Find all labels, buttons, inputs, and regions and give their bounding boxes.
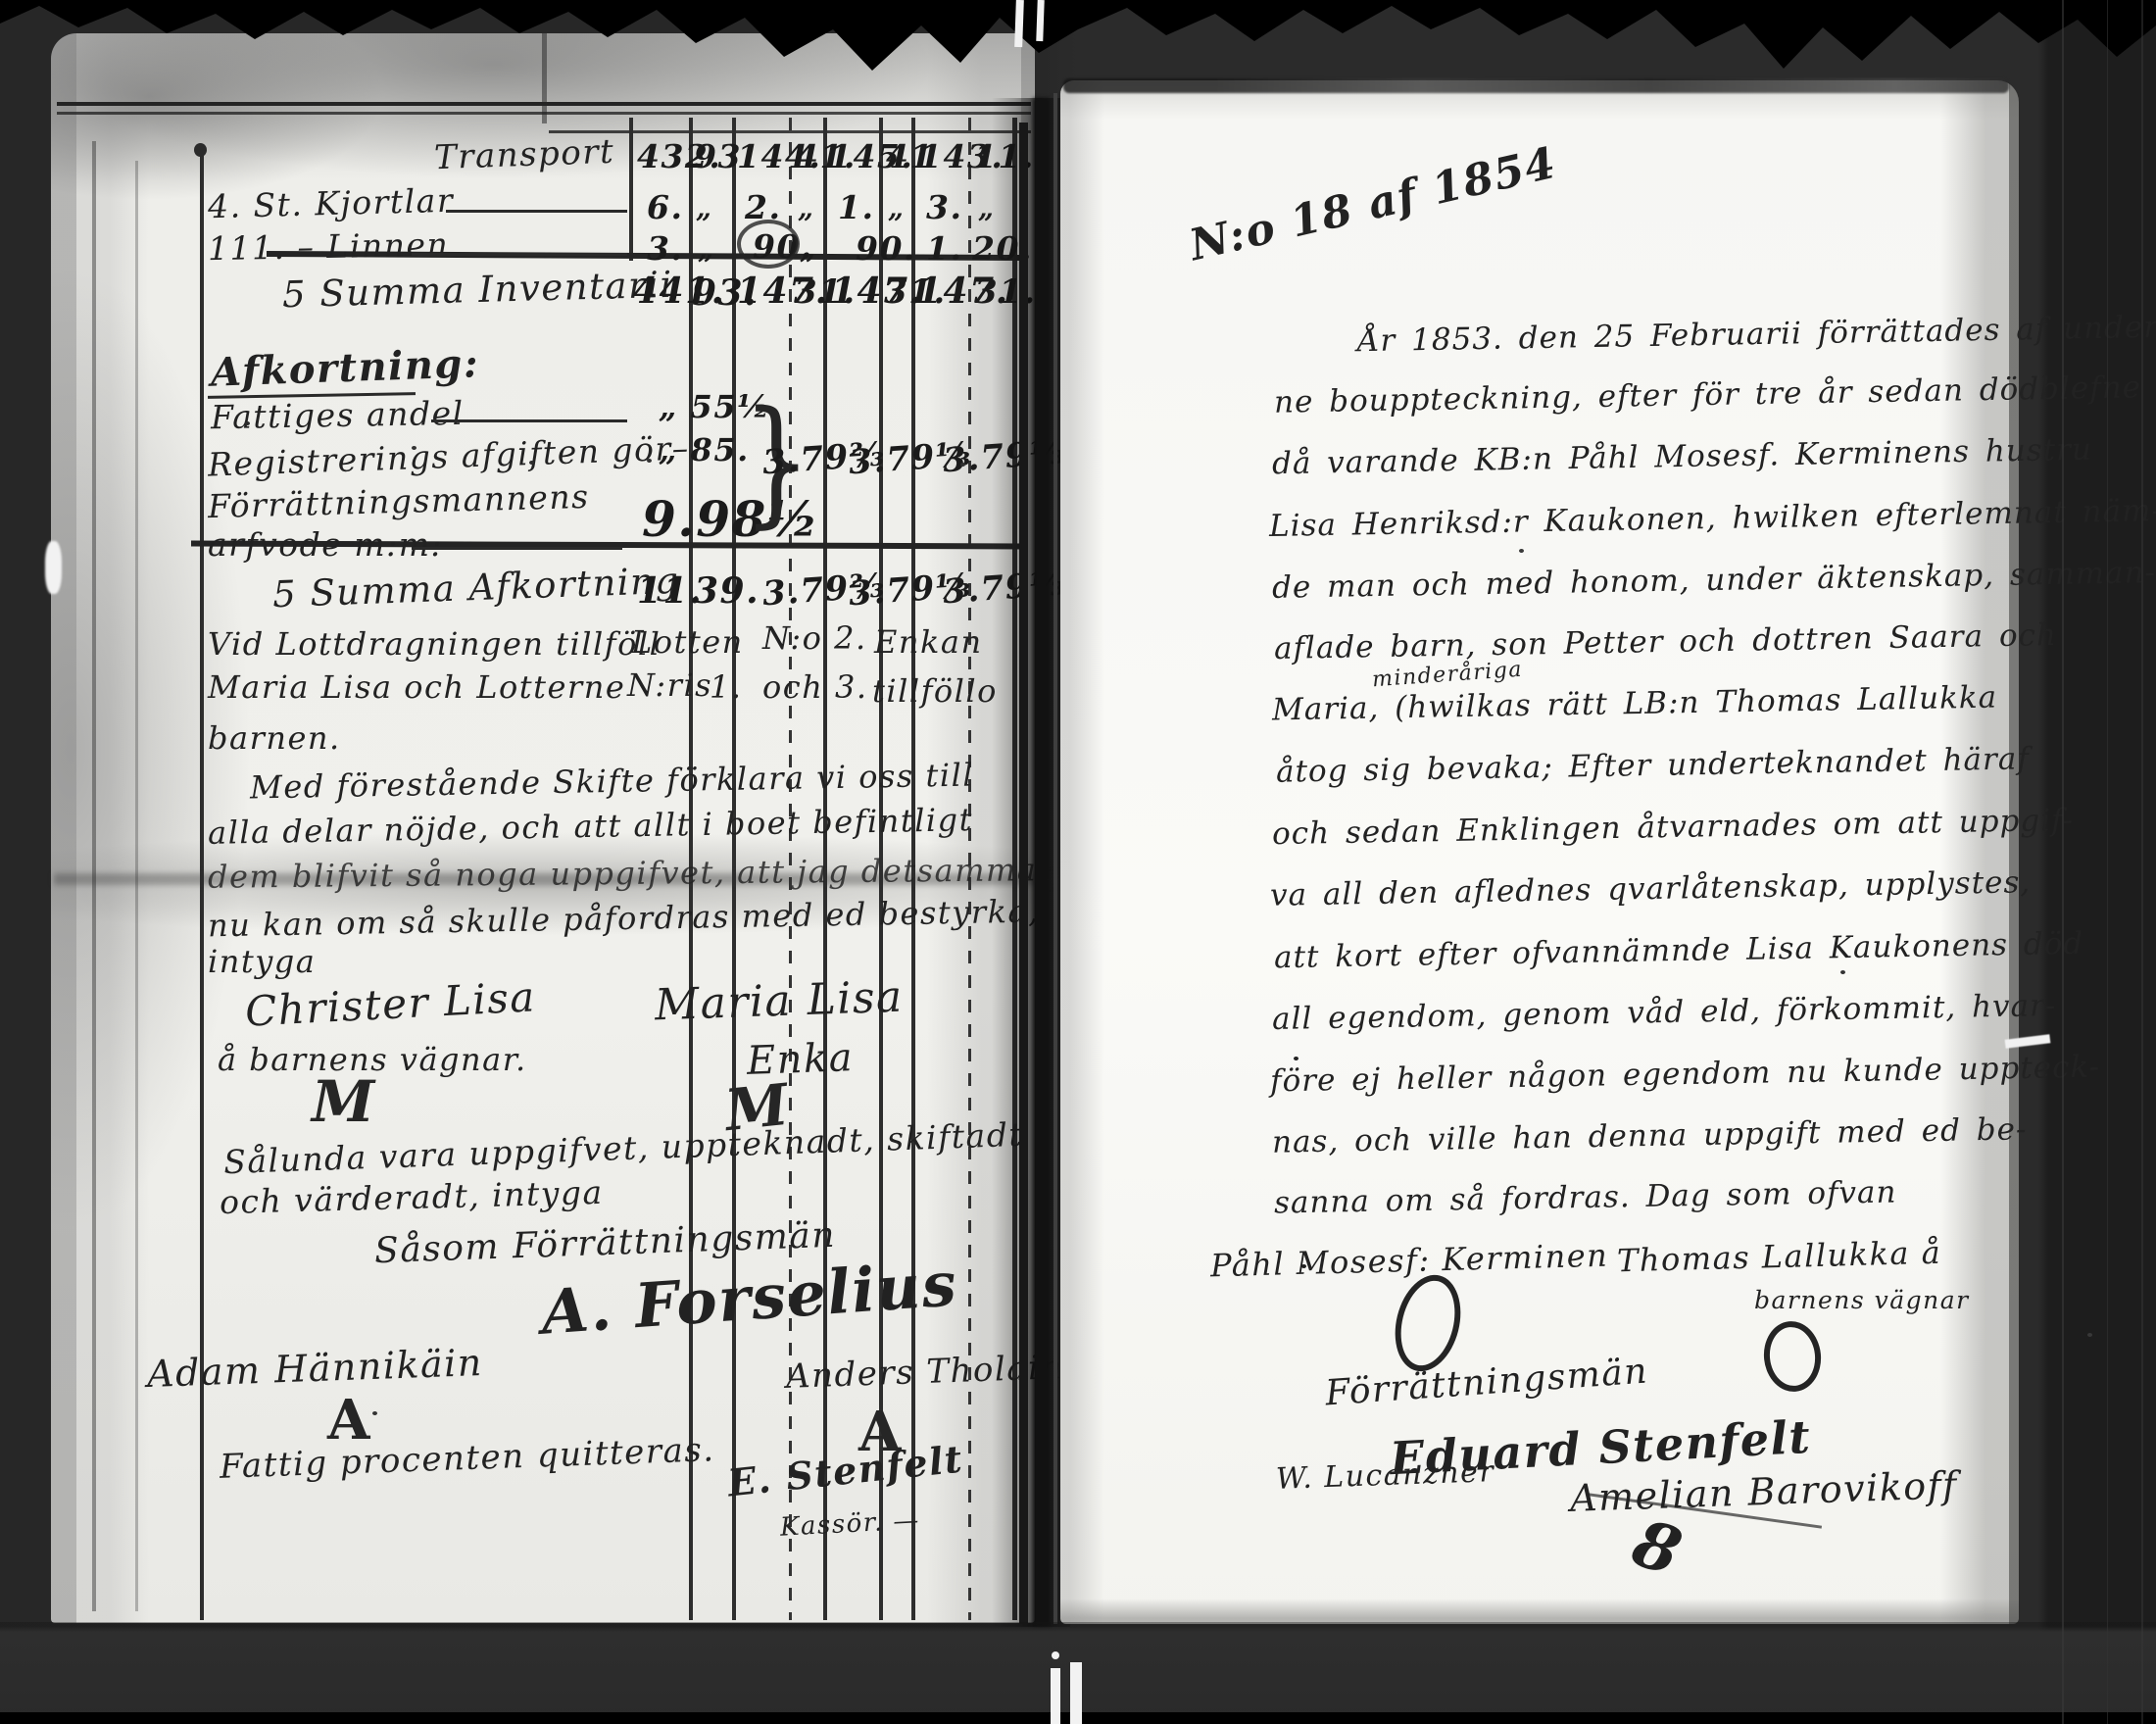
film-scratch-icon xyxy=(2107,0,2108,1724)
row-label: Fattiges andel xyxy=(211,394,465,437)
lottning-text: och 3. xyxy=(762,668,868,706)
film-frame-mark-icon xyxy=(1014,0,1024,47)
ruled-line xyxy=(57,112,1031,115)
margin-line-cap xyxy=(194,143,207,157)
row-label: 111. – Linnen xyxy=(208,225,450,268)
table-cell: 6. xyxy=(647,188,683,226)
bomarke-mark: M xyxy=(312,1068,374,1135)
declaration-line: intyga xyxy=(208,943,316,980)
page-top-smear xyxy=(1063,78,2009,93)
film-frame-mark-icon xyxy=(1051,1668,1060,1724)
binding-line xyxy=(1019,123,1028,1624)
film-scratch-icon xyxy=(45,541,62,594)
film-frame-mark-icon xyxy=(1052,1651,1059,1659)
film-frame-mark-icon xyxy=(1036,0,1044,41)
lottning-text: barnen. xyxy=(208,719,341,757)
lottning-text: Vid Lottdragningen tillföll xyxy=(208,625,661,663)
lottning-text: Maria Lisa och Lotterne xyxy=(208,668,625,706)
fold-crease xyxy=(542,33,547,123)
binding-line xyxy=(1033,98,1050,1627)
film-frame-mark-icon xyxy=(1070,1662,1082,1724)
table-cell: 1. xyxy=(838,188,874,226)
film-scratch-icon xyxy=(2141,0,2143,1724)
lottning-text: Enkan xyxy=(874,623,983,661)
afkortning-heading: Afkortning: xyxy=(210,340,480,396)
fill-dash xyxy=(446,210,627,213)
table-cell: „ xyxy=(696,192,713,224)
table-cell: 93 xyxy=(694,137,742,175)
table-cell: 1. xyxy=(926,229,962,268)
film-scratch-icon xyxy=(2062,0,2064,1724)
table-cell: 3. xyxy=(647,229,683,268)
table-cell: 39. xyxy=(694,570,759,612)
lottning-text: tillföllo xyxy=(872,672,998,710)
table-cell: „ xyxy=(888,192,906,224)
lottning-text: N:ris xyxy=(627,666,712,704)
signature-right: Maria Lisa xyxy=(654,972,904,1031)
row-label: 4. St. Kjortlar xyxy=(208,181,455,226)
table-cell: 90. xyxy=(856,229,916,268)
page-crease xyxy=(135,161,138,1611)
microfilm-scan: Transport 432. 93 144. 41. 145. 41 143. … xyxy=(0,0,2156,1724)
binding-shadow xyxy=(992,98,1070,1627)
lottning-text: N:o 2. xyxy=(762,619,867,657)
fill-dash xyxy=(431,419,627,422)
declaration-line: dem blifvit så noga uppgifvet, att jag d… xyxy=(208,851,1038,895)
table-cell: „ xyxy=(698,233,715,266)
column-line xyxy=(629,118,633,261)
ruled-line xyxy=(57,102,1031,106)
ink-speck-icon xyxy=(245,421,250,425)
table-cell: „ xyxy=(798,192,815,224)
ink-blot-circle-icon xyxy=(737,220,800,269)
lottning-text: Lotten xyxy=(631,623,744,661)
row-label: arfvode m:m: xyxy=(208,525,443,564)
guardian-signature-sub: barnens vägnar xyxy=(1754,1286,1970,1314)
page-edge-line xyxy=(1053,93,1057,1624)
fill-dash xyxy=(412,253,627,256)
afkortning-value: „ 85. xyxy=(659,431,750,468)
fill-dash xyxy=(412,547,622,550)
lottning-text: 1. xyxy=(710,668,743,706)
transport-label: Transport xyxy=(433,132,614,177)
table-cell: 3. xyxy=(926,188,962,226)
table-cell: „ xyxy=(800,233,817,266)
